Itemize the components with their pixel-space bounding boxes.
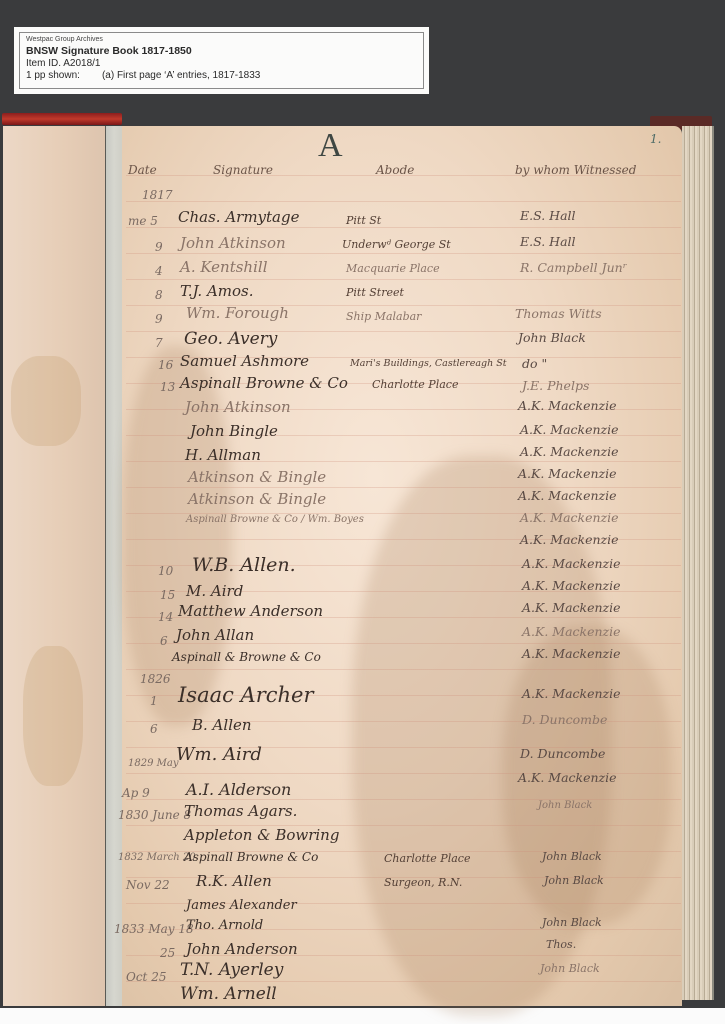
entry-signature: Appleton & Bowring (184, 826, 339, 844)
entry-signature: Aspinall Browne & Co (180, 374, 348, 392)
entry-witness: John Black (542, 850, 602, 863)
entry-abode: Ship Malabar (346, 310, 421, 323)
entry-witness: A.K. Mackenzie (522, 556, 621, 571)
entry-witness: do " (522, 356, 547, 371)
entry-signature: John Allan (176, 626, 254, 644)
page-edges (682, 126, 714, 1000)
label-pages-shown-key: 1 pp shown: (26, 70, 80, 81)
entry-witness: A.K. Mackenzie (518, 488, 617, 503)
entry-date: 15 (160, 588, 175, 602)
entry-signature: Wm. Aird (176, 744, 262, 765)
entry-signature: John Bingle (190, 422, 278, 440)
entry-witness: A.K. Mackenzie (520, 510, 619, 525)
archive-label-frame: Westpac Group Archives BNSW Signature Bo… (19, 32, 424, 89)
entry-date: 16 (158, 358, 173, 372)
entry-witness: John Black (518, 330, 586, 345)
entry-signature: Aspinall & Browne & Co (172, 650, 321, 664)
entry-witness: A.K. Mackenzie (522, 624, 621, 639)
entry-date: 7 (155, 336, 163, 350)
entry-signature: Atkinson & Bingle (188, 468, 326, 486)
entry-signature: John Atkinson (180, 234, 286, 252)
entry-witness: A.K. Mackenzie (518, 770, 617, 785)
book-cover-left (2, 113, 122, 125)
entry-signature: Wm. Forough (186, 304, 289, 322)
column-header-witness: by whom Witnessed (515, 163, 636, 177)
stain (11, 356, 81, 446)
entry-witness: A.K. Mackenzie (522, 600, 621, 615)
entry-witness: John Black (542, 916, 602, 929)
entry-witness: D. Duncombe (520, 746, 605, 761)
entry-abode: Surgeon, R.N. (384, 876, 462, 889)
entry-date: 14 (158, 610, 173, 624)
entry-signature: Geo. Avery (184, 329, 277, 349)
entry-date: 1 (150, 694, 158, 708)
label-organisation: Westpac Group Archives (26, 35, 417, 45)
entry-witness: D. Duncombe (522, 712, 607, 727)
entry-witness: R. Campbell Junʳ (520, 260, 627, 275)
entry-witness: John Black (538, 800, 592, 811)
label-title: BNSW Signature Book 1817-1850 (26, 45, 417, 58)
entry-witness: E.S. Hall (520, 208, 576, 223)
entry-signature: M. Aird (186, 582, 243, 600)
entry-abode: Macquarie Place (346, 262, 440, 275)
scan-bottom-margin (0, 1008, 725, 1024)
entry-signature: B. Allen (192, 716, 252, 734)
label-item-id: Item ID. A2018/1 (26, 58, 417, 70)
entry-signature: H. Allman (185, 446, 261, 464)
entry-date: 10 (158, 564, 173, 578)
entry-signature: Thomas Agars. (184, 802, 297, 820)
archive-label: Westpac Group Archives BNSW Signature Bo… (14, 27, 429, 94)
entry-date: 6 (150, 722, 158, 736)
entry-signature: Tho. Arnold (186, 918, 263, 933)
entry-date: 6 (160, 634, 168, 648)
gutter-line (105, 126, 106, 1006)
entry-signature: Aspinall Browne & Co (184, 850, 318, 864)
entry-date: Ap 9 (122, 786, 150, 800)
entry-date: 9 (155, 240, 163, 254)
entry-signature: Chas. Armytage (178, 208, 299, 226)
entry-date: 1817 (142, 188, 173, 202)
entry-signature: A. Kentshill (180, 258, 268, 276)
entry-witness: E.S. Hall (520, 234, 576, 249)
entry-date: 1829 May (128, 758, 178, 769)
label-pages-shown-value: (a) First page ‘A’ entries, 1817-1833 (102, 70, 260, 81)
entry-witness: A.K. Mackenzie (520, 444, 619, 459)
entry-signature: Samuel Ashmore (180, 352, 309, 370)
entry-signature: Atkinson & Bingle (188, 490, 326, 508)
label-pages-shown: 1 pp shown:(a) First page ‘A’ entries, 1… (26, 70, 417, 82)
entry-signature: T.N. Ayerley (180, 960, 283, 980)
entry-date: 1826 (140, 672, 171, 686)
entry-date: me 5 (128, 214, 158, 228)
entry-date: Nov 22 (126, 878, 170, 892)
book-gutter (106, 126, 122, 1006)
entry-signature: T.J. Amos. (180, 282, 254, 300)
entry-signature: Isaac Archer (178, 683, 314, 707)
entry-abode: Mari's Buildings, Castlereagh St (350, 358, 507, 369)
entry-witness: A.K. Mackenzie (522, 578, 621, 593)
left-page (3, 126, 106, 1006)
entry-date: 8 (155, 288, 163, 302)
entry-signature: James Alexander (186, 898, 297, 913)
entry-signature: Aspinall Browne & Co / Wm. Boyes (186, 514, 364, 525)
page-letter: A (318, 127, 343, 165)
entry-witness: A.K. Mackenzie (518, 466, 617, 481)
column-header-date: Date (128, 163, 157, 177)
entry-abode: Underwᵈ George St (342, 238, 451, 251)
entry-witness: A.K. Mackenzie (522, 646, 621, 661)
entry-abode: Charlotte Place (384, 852, 470, 865)
entry-signature: John Anderson (186, 940, 298, 958)
entry-date: 13 (160, 380, 175, 394)
entry-signature: John Atkinson (185, 398, 291, 416)
entry-witness: J.E. Phelps (522, 378, 589, 393)
entry-date: 1830 June 8 (118, 808, 191, 822)
entry-witness: John Black (544, 874, 604, 887)
entry-signature: W.B. Allen. (192, 554, 296, 576)
entry-witness: A.K. Mackenzie (522, 686, 621, 701)
entry-witness: Thos. (546, 938, 576, 951)
entry-witness: A.K. Mackenzie (520, 532, 619, 547)
stain (23, 646, 83, 786)
entry-witness: John Black (540, 962, 600, 975)
entry-signature: R.K. Allen (196, 872, 272, 890)
entry-date: 9 (155, 312, 163, 326)
entry-abode: Pitt St (346, 214, 381, 227)
entry-witness: A.K. Mackenzie (520, 422, 619, 437)
entry-witness: A.K. Mackenzie (518, 398, 617, 413)
entry-signature: Matthew Anderson (178, 602, 323, 620)
entry-date: Oct 25 (126, 970, 166, 984)
entry-abode: Pitt Street (346, 286, 404, 299)
entry-signature: Wm. Arnell (180, 984, 277, 1004)
entry-signature: A.I. Alderson (186, 780, 291, 799)
column-header-abode: Abode (376, 163, 414, 177)
entry-date: 1833 May 18 (114, 922, 194, 936)
entry-date: 25 (160, 946, 175, 960)
entry-witness: Thomas Witts (515, 306, 602, 321)
entry-abode: Charlotte Place (372, 378, 458, 391)
column-header-signature: Signature (213, 163, 273, 177)
entry-date: 4 (155, 264, 163, 278)
page-number: 1. (650, 132, 661, 146)
